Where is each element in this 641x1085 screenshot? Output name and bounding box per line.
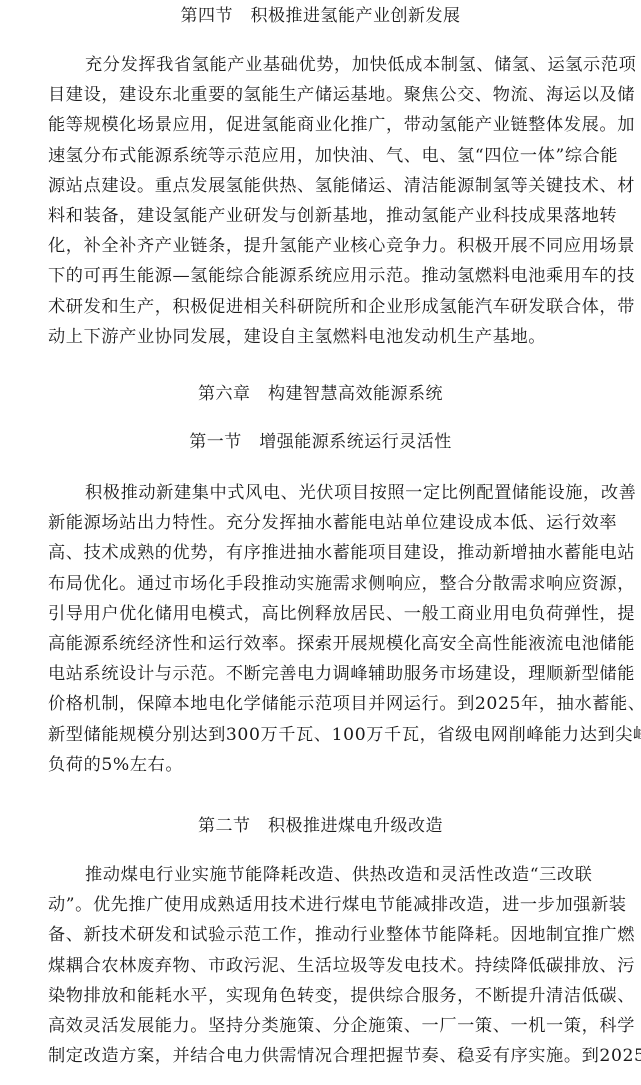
- paragraph-flexibility: 积极推动新建集中式风电、光伏项目按照一定比例配置储能设施，改善 新能源场站出力特…: [48, 478, 618, 780]
- text-line: 积极推动新建集中式风电、光伏项目按照一定比例配置储能设施，改善: [48, 478, 618, 508]
- text-line: 新能源场站出力特性。充分发挥抽水蓄能电站单位建设成本低、运行效率: [48, 508, 618, 538]
- paragraph-hydrogen: 充分发挥我省氢能产业基础优势，加快低成本制氢、储氢、运氢示范项 目建设，建设东北…: [48, 50, 618, 352]
- text-line: 引导用户优化储用电模式，高比例释放居民、一般工商业用电负荷弹性，提: [48, 599, 618, 629]
- section-heading-flexibility: 第一节 增强能源系统运行灵活性: [0, 430, 641, 454]
- text-line: 备、新技术研发和试验示范工作，推动行业整体节能降耗。因地制宜推广燃: [48, 920, 618, 950]
- text-line: 术研发和生产，积极促进相关科研院所和企业形成氢能汽车研发联合体，带: [48, 292, 618, 322]
- text-line: 能等规模化场景应用，促进氢能商业化推广，带动氢能产业链整体发展。加: [48, 110, 618, 140]
- text-line: 布局优化。通过市场化手段推动实施需求侧响应，整合分散需求响应资源，: [48, 569, 618, 599]
- text-line: 动”。优先推广使用成熟适用技术进行煤电节能减排改造，进一步加强新装: [48, 890, 618, 920]
- text-line: 化，补全补齐产业链条，提升氢能产业核心竞争力。积极开展不同应用场景: [48, 231, 618, 261]
- text-line: 料和装备，建设氢能产业研发与创新基地，推动氢能产业科技成果落地转: [48, 201, 618, 231]
- text-line: 染物排放和能耗水平，实现角色转变，提供综合服务，不断提升清洁低碳、: [48, 981, 618, 1011]
- text-line: 速氢分布式能源系统等示范应用，加快油、气、电、氢“四位一体”综合能: [48, 141, 618, 171]
- text-line: 高能源系统经济性和运行效率。探索开展规模化高安全高性能液流电池储能: [48, 629, 618, 659]
- text-line: 动上下游产业协同发展，建设自主氢燃料电池发动机生产基地。: [48, 322, 618, 352]
- text-line: 充分发挥我省氢能产业基础优势，加快低成本制氢、储氢、运氢示范项: [48, 50, 618, 80]
- text-line: 新型储能规模分别达到300万千瓦、100万千瓦，省级电网削峰能力达到尖峰: [48, 720, 618, 750]
- text-line: 目建设，建设东北重要的氢能生产储运基地。聚焦公交、物流、海运以及储: [48, 80, 618, 110]
- text-line: 高、技术成熟的优势，有序推进抽水蓄能项目建设，推动新增抽水蓄能电站: [48, 538, 618, 568]
- text-line: 负荷的5%左右。: [48, 750, 618, 780]
- text-line: 推动煤电行业实施节能降耗改造、供热改造和灵活性改造“三改联: [48, 860, 618, 890]
- text-line: 价格机制，保障本地电化学储能示范项目并网运行。到2025年，抽水蓄能、: [48, 689, 618, 719]
- text-line: 源站点建设。重点发展氢能供热、氢能储运、清洁能源制氢等关键技术、材: [48, 171, 618, 201]
- text-line: 煤耦合农林废弃物、市政污泥、生活垃圾等发电技术。持续降低碳排放、污: [48, 951, 618, 981]
- chapter-heading: 第六章 构建智慧高效能源系统: [0, 382, 641, 406]
- text-line: 制定改造方案，并结合电力供需情况合理把握节奏、稳妥有序实施。到2025: [48, 1041, 618, 1071]
- section-heading-coal: 第二节 积极推进煤电升级改造: [0, 814, 641, 838]
- paragraph-coal: 推动煤电行业实施节能降耗改造、供热改造和灵活性改造“三改联 动”。优先推广使用成…: [48, 860, 618, 1071]
- text-line: 下的可再生能源—氢能综合能源系统应用示范。推动氢燃料电池乘用车的技: [48, 261, 618, 291]
- section-heading-hydrogen: 第四节 积极推进氢能产业创新发展: [0, 4, 641, 28]
- text-line: 电站系统设计与示范。不断完善电力调峰辅助服务市场建设，理顺新型储能: [48, 659, 618, 689]
- text-line: 高效灵活发展能力。坚持分类施策、分企施策、一厂一策、一机一策，科学: [48, 1011, 618, 1041]
